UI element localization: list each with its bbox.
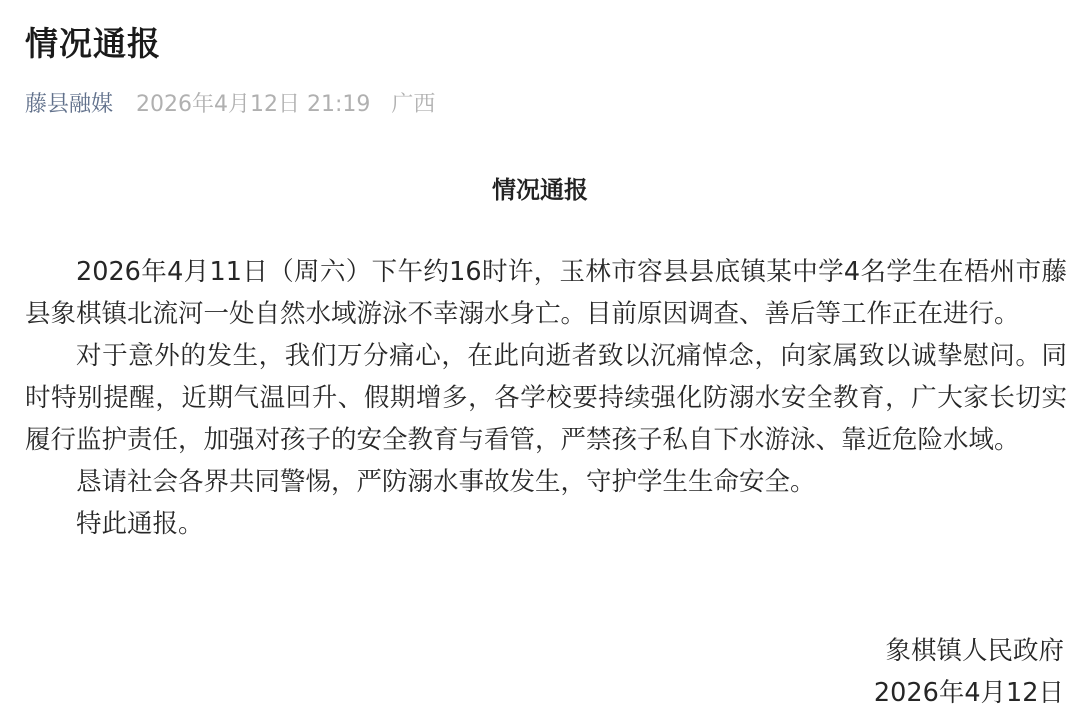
paragraph-incident: 2026年4月11日（周六）下午约16时许，玉林市容县县底镇某中学4名学生在梧州… [25,251,1067,335]
document-body: 2026年4月11日（周六）下午约16时许，玉林市容县县底镇某中学4名学生在梧州… [25,251,1067,545]
paragraph-closing: 特此通报。 [25,503,1067,545]
signature-issuer: 象棋镇人民政府 [874,630,1064,672]
publish-location: 广西 [391,92,435,117]
page-title: 情况通报 [25,20,161,68]
publish-date: 2026年4月12日 21:19 [136,92,370,117]
article-meta: 藤县融媒 2026年4月12日 21:19 广西 [25,88,435,122]
signature-date: 2026年4月12日 [874,672,1064,714]
paragraph-condolence: 对于意外的发生，我们万分痛心，在此向逝者致以沉痛悼念，向家属致以诚挚慰问。同时特… [25,335,1067,461]
author-link[interactable]: 藤县融媒 [25,92,113,117]
signature-block: 象棋镇人民政府 2026年4月12日 [874,630,1064,714]
paragraph-appeal: 恳请社会各界共同警惕，严防溺水事故发生，守护学生生命安全。 [25,461,1067,503]
document-heading: 情况通报 [0,170,1080,210]
